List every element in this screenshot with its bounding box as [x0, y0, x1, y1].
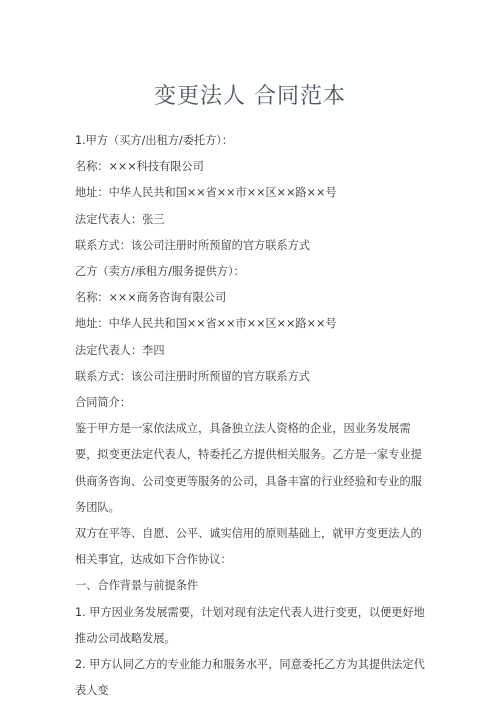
contract-intro-heading: 合同简介： [75, 390, 427, 416]
party-b-legal-rep: 法定代表人：李四 [75, 338, 427, 364]
section-1-item-2: 2. 甲方认同乙方的专业能力和服务水平，同意委托乙方为其提供法定代表人变 [75, 652, 427, 704]
section-1-heading: 一、合作背景与前提条件 [75, 573, 427, 599]
document-title: 变更法人 合同范本 [0, 82, 500, 112]
document-page: 变更法人 合同范本 1.甲方（买方/出租方/委托方）： 名称：×××科技有限公司… [0, 0, 500, 707]
party-b-name: 名称：×××商务咨询有限公司 [75, 285, 427, 311]
party-a-address: 地址：中华人民共和国××省××市××区××路××号 [75, 180, 427, 206]
party-a-name: 名称：×××科技有限公司 [75, 154, 427, 180]
party-b-heading: 乙方（卖方/承租方/服务提供方）： [75, 259, 427, 285]
section-1-item-1: 1. 甲方因业务发展需要，计划对现有法定代表人进行变更，以便更好地推动公司战略发… [75, 600, 427, 652]
party-b-contact: 联系方式：该公司注册时所预留的官方联系方式 [75, 364, 427, 390]
party-a-legal-rep: 法定代表人：张三 [75, 207, 427, 233]
contract-intro-paragraph: 鉴于甲方是一家依法成立，具备独立法人资格的企业，因业务发展需要，拟变更法定代表人… [75, 416, 427, 521]
party-b-address: 地址：中华人民共和国××省××市××区××路××号 [75, 311, 427, 337]
document-body: 1.甲方（买方/出租方/委托方）： 名称：×××科技有限公司 地址：中华人民共和… [75, 128, 427, 704]
agreement-preamble: 双方在平等、自愿、公平、诚实信用的原则基础上，就甲方变更法人的相关事宜，达成如下… [75, 521, 427, 573]
party-a-heading: 1.甲方（买方/出租方/委托方）： [75, 128, 427, 154]
party-a-contact: 联系方式：该公司注册时所预留的官方联系方式 [75, 233, 427, 259]
